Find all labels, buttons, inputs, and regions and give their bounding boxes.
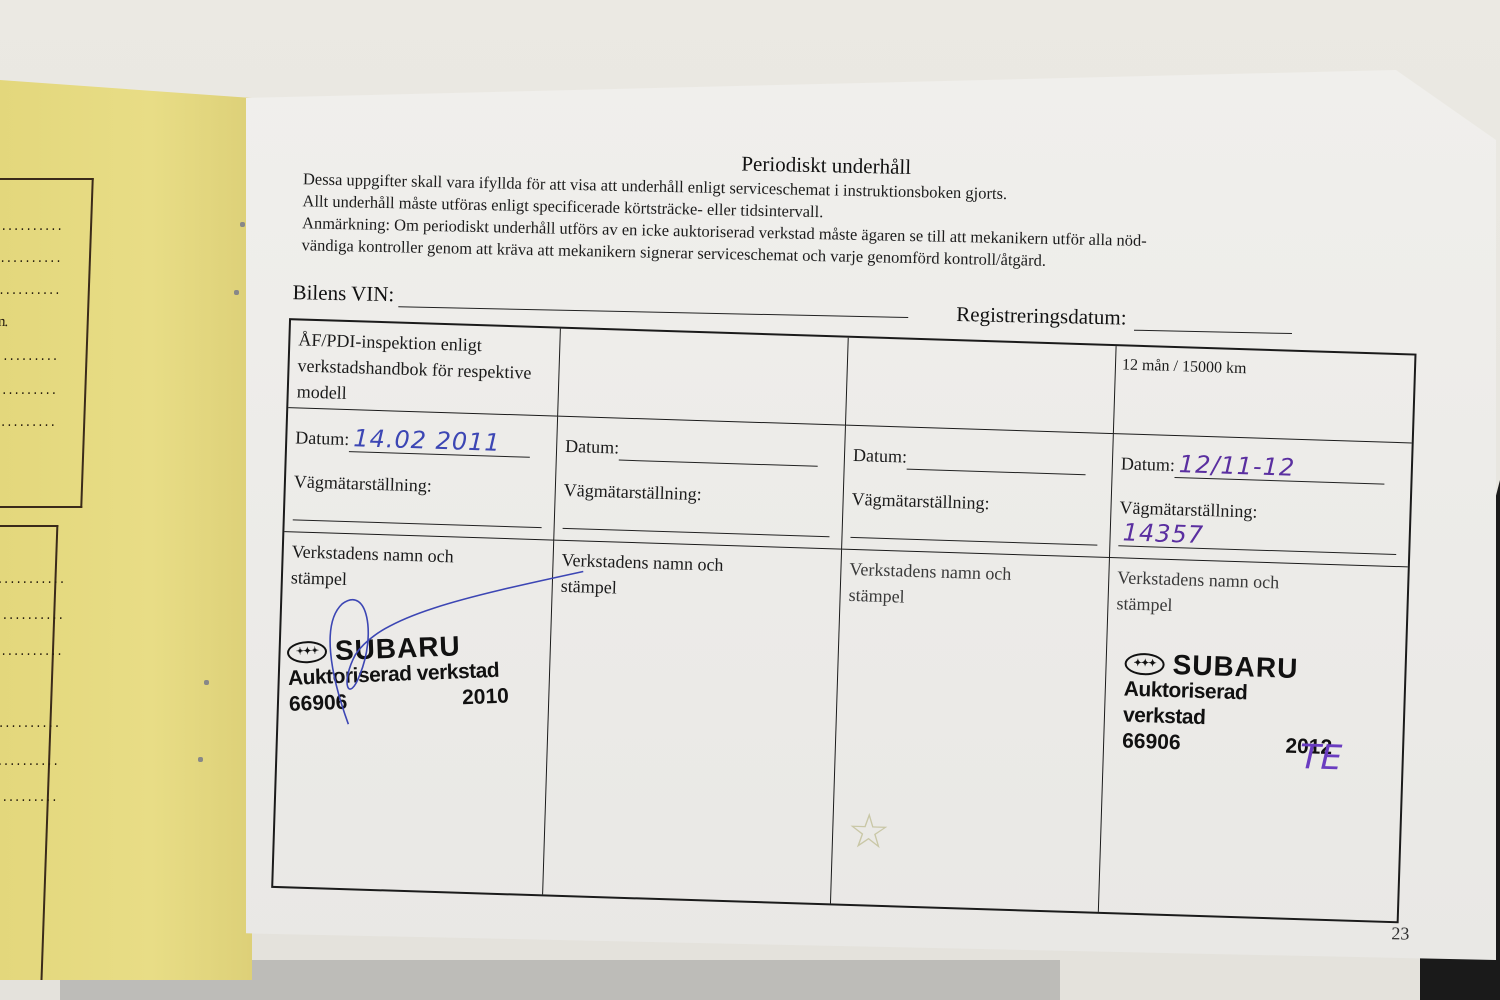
header-text: 12 mån / 15000 km xyxy=(1122,356,1247,377)
page-number: 23 xyxy=(1391,923,1409,944)
column-header-empty xyxy=(558,329,849,426)
dot-leader: ................ xyxy=(0,220,64,234)
date-field: Datum: xyxy=(565,433,837,467)
intro-paragraph: Dessa uppgifter skall vara ifyllda för a… xyxy=(301,168,1343,278)
workshop-label: Verkstadens namn och stämpel xyxy=(1116,564,1318,622)
vin-label: Bilens VIN: xyxy=(292,280,394,307)
staple xyxy=(240,222,245,227)
workshop-stamp-cell: Verkstadens namn och stämpel ☆ xyxy=(831,550,1110,912)
workshop-stamp-cell: Verkstadens namn och stämpel ✦✦✦ SUBARU … xyxy=(273,532,554,894)
date-input[interactable] xyxy=(907,448,1087,476)
date-input[interactable]: 14.02 2011 xyxy=(349,430,531,458)
workshop-label: Verkstadens namn och stämpel xyxy=(560,547,782,606)
stamp-dealer-number: 66906 xyxy=(289,690,348,718)
stamp-year: 2010 xyxy=(462,683,510,711)
workshop-stamp-cell: Verkstadens namn och stämpel xyxy=(543,541,842,904)
date-input[interactable] xyxy=(619,439,819,467)
workshop-label: Verkstadens namn och stämpel xyxy=(848,556,1050,614)
left-form-box-2: ................ ................ ......… xyxy=(0,525,58,1000)
registration-date-field: Registreringsdatum: xyxy=(956,302,1293,334)
dealer-stamp: ✦✦✦ SUBARU Auktoriserad verkstad 66906 2… xyxy=(287,632,510,718)
workshop-label: Verkstadens namn och stämpel xyxy=(291,538,493,596)
date-odometer-cell: Datum: 14.02 2011 Vägmätarställning: xyxy=(284,408,558,540)
page-title: Periodiskt underhåll xyxy=(741,151,911,180)
left-page-yellow: ................ ................ ......… xyxy=(0,80,252,980)
date-field: Datum: 12/11-12 xyxy=(1121,450,1404,485)
date-label: Datum: xyxy=(295,424,350,452)
staple xyxy=(234,290,239,295)
date-input[interactable]: 12/11-12 xyxy=(1174,456,1385,485)
registration-input-line[interactable] xyxy=(1134,313,1292,334)
dot-leader: ................ xyxy=(0,791,59,805)
handwritten-odometer: 14357 xyxy=(1122,519,1204,548)
date-odometer-cell: Datum: 12/11-12 Vägmätarställning: 14357 xyxy=(1110,434,1412,567)
handwritten-initials: TE xyxy=(1299,744,1342,771)
stamp-line: Auktoriserad verkstad xyxy=(1123,677,1335,736)
subaru-logo-icon: ✦✦✦ xyxy=(287,640,328,664)
subaru-logo-icon: ✦✦✦ xyxy=(1124,653,1165,676)
staple xyxy=(198,757,203,762)
dot-leader: ................ xyxy=(0,284,62,298)
date-field: Datum: 14.02 2011 xyxy=(295,424,549,458)
left-form-box: ................ ................ ......… xyxy=(0,178,94,508)
date-odometer-cell: Datum: Vägmätarställning: xyxy=(842,426,1114,558)
dot-leader: ................ xyxy=(0,755,60,769)
left-text-fragment: tm. xyxy=(0,314,61,328)
dot-leader: ................ xyxy=(0,416,57,430)
stamp-brand: SUBARU xyxy=(1172,652,1299,682)
handwritten-date: 14.02 2011 xyxy=(353,425,501,456)
service-table: ÅF/PDI-inspektion enligt verkstadshandbo… xyxy=(271,318,1416,923)
pencil-star-mark: ☆ xyxy=(847,818,891,845)
dot-leader: ................ xyxy=(0,645,64,659)
handwritten-date: 12/11-12 xyxy=(1179,451,1296,481)
dot-leader: ................ xyxy=(0,350,60,364)
dot-leader: ................ xyxy=(0,717,62,731)
dot-leader: ................ xyxy=(0,609,65,623)
date-odometer-cell: Datum: Vägmätarställning: xyxy=(554,417,846,550)
registration-label: Registreringsdatum: xyxy=(956,302,1127,331)
header-text: ÅF/PDI-inspektion enligt verkstadshandbo… xyxy=(296,329,531,403)
staple xyxy=(204,680,209,685)
date-label: Datum: xyxy=(853,442,908,470)
vin-input-line[interactable] xyxy=(398,289,908,318)
column-header-empty xyxy=(846,338,1117,434)
column-header-pdi: ÅF/PDI-inspektion enligt verkstadshandbo… xyxy=(288,320,561,416)
date-label: Datum: xyxy=(565,433,620,461)
dot-leader: ................ xyxy=(0,573,67,587)
dot-leader: ................ xyxy=(0,252,63,266)
workshop-stamp-cell: Verkstadens namn och stämpel ✦✦✦ SUBARU … xyxy=(1099,558,1408,921)
date-field: Datum: xyxy=(853,442,1105,476)
dot-leader: ................ xyxy=(0,384,59,398)
vin-field: Bilens VIN: xyxy=(292,280,908,318)
service-page-content: Periodiskt underhåll Dessa uppgifter ska… xyxy=(273,130,1410,973)
date-label: Datum: xyxy=(1121,450,1176,478)
column-header-12-months: 12 mån / 15000 km xyxy=(1114,346,1415,443)
stamp-dealer-number: 66906 xyxy=(1122,729,1181,757)
